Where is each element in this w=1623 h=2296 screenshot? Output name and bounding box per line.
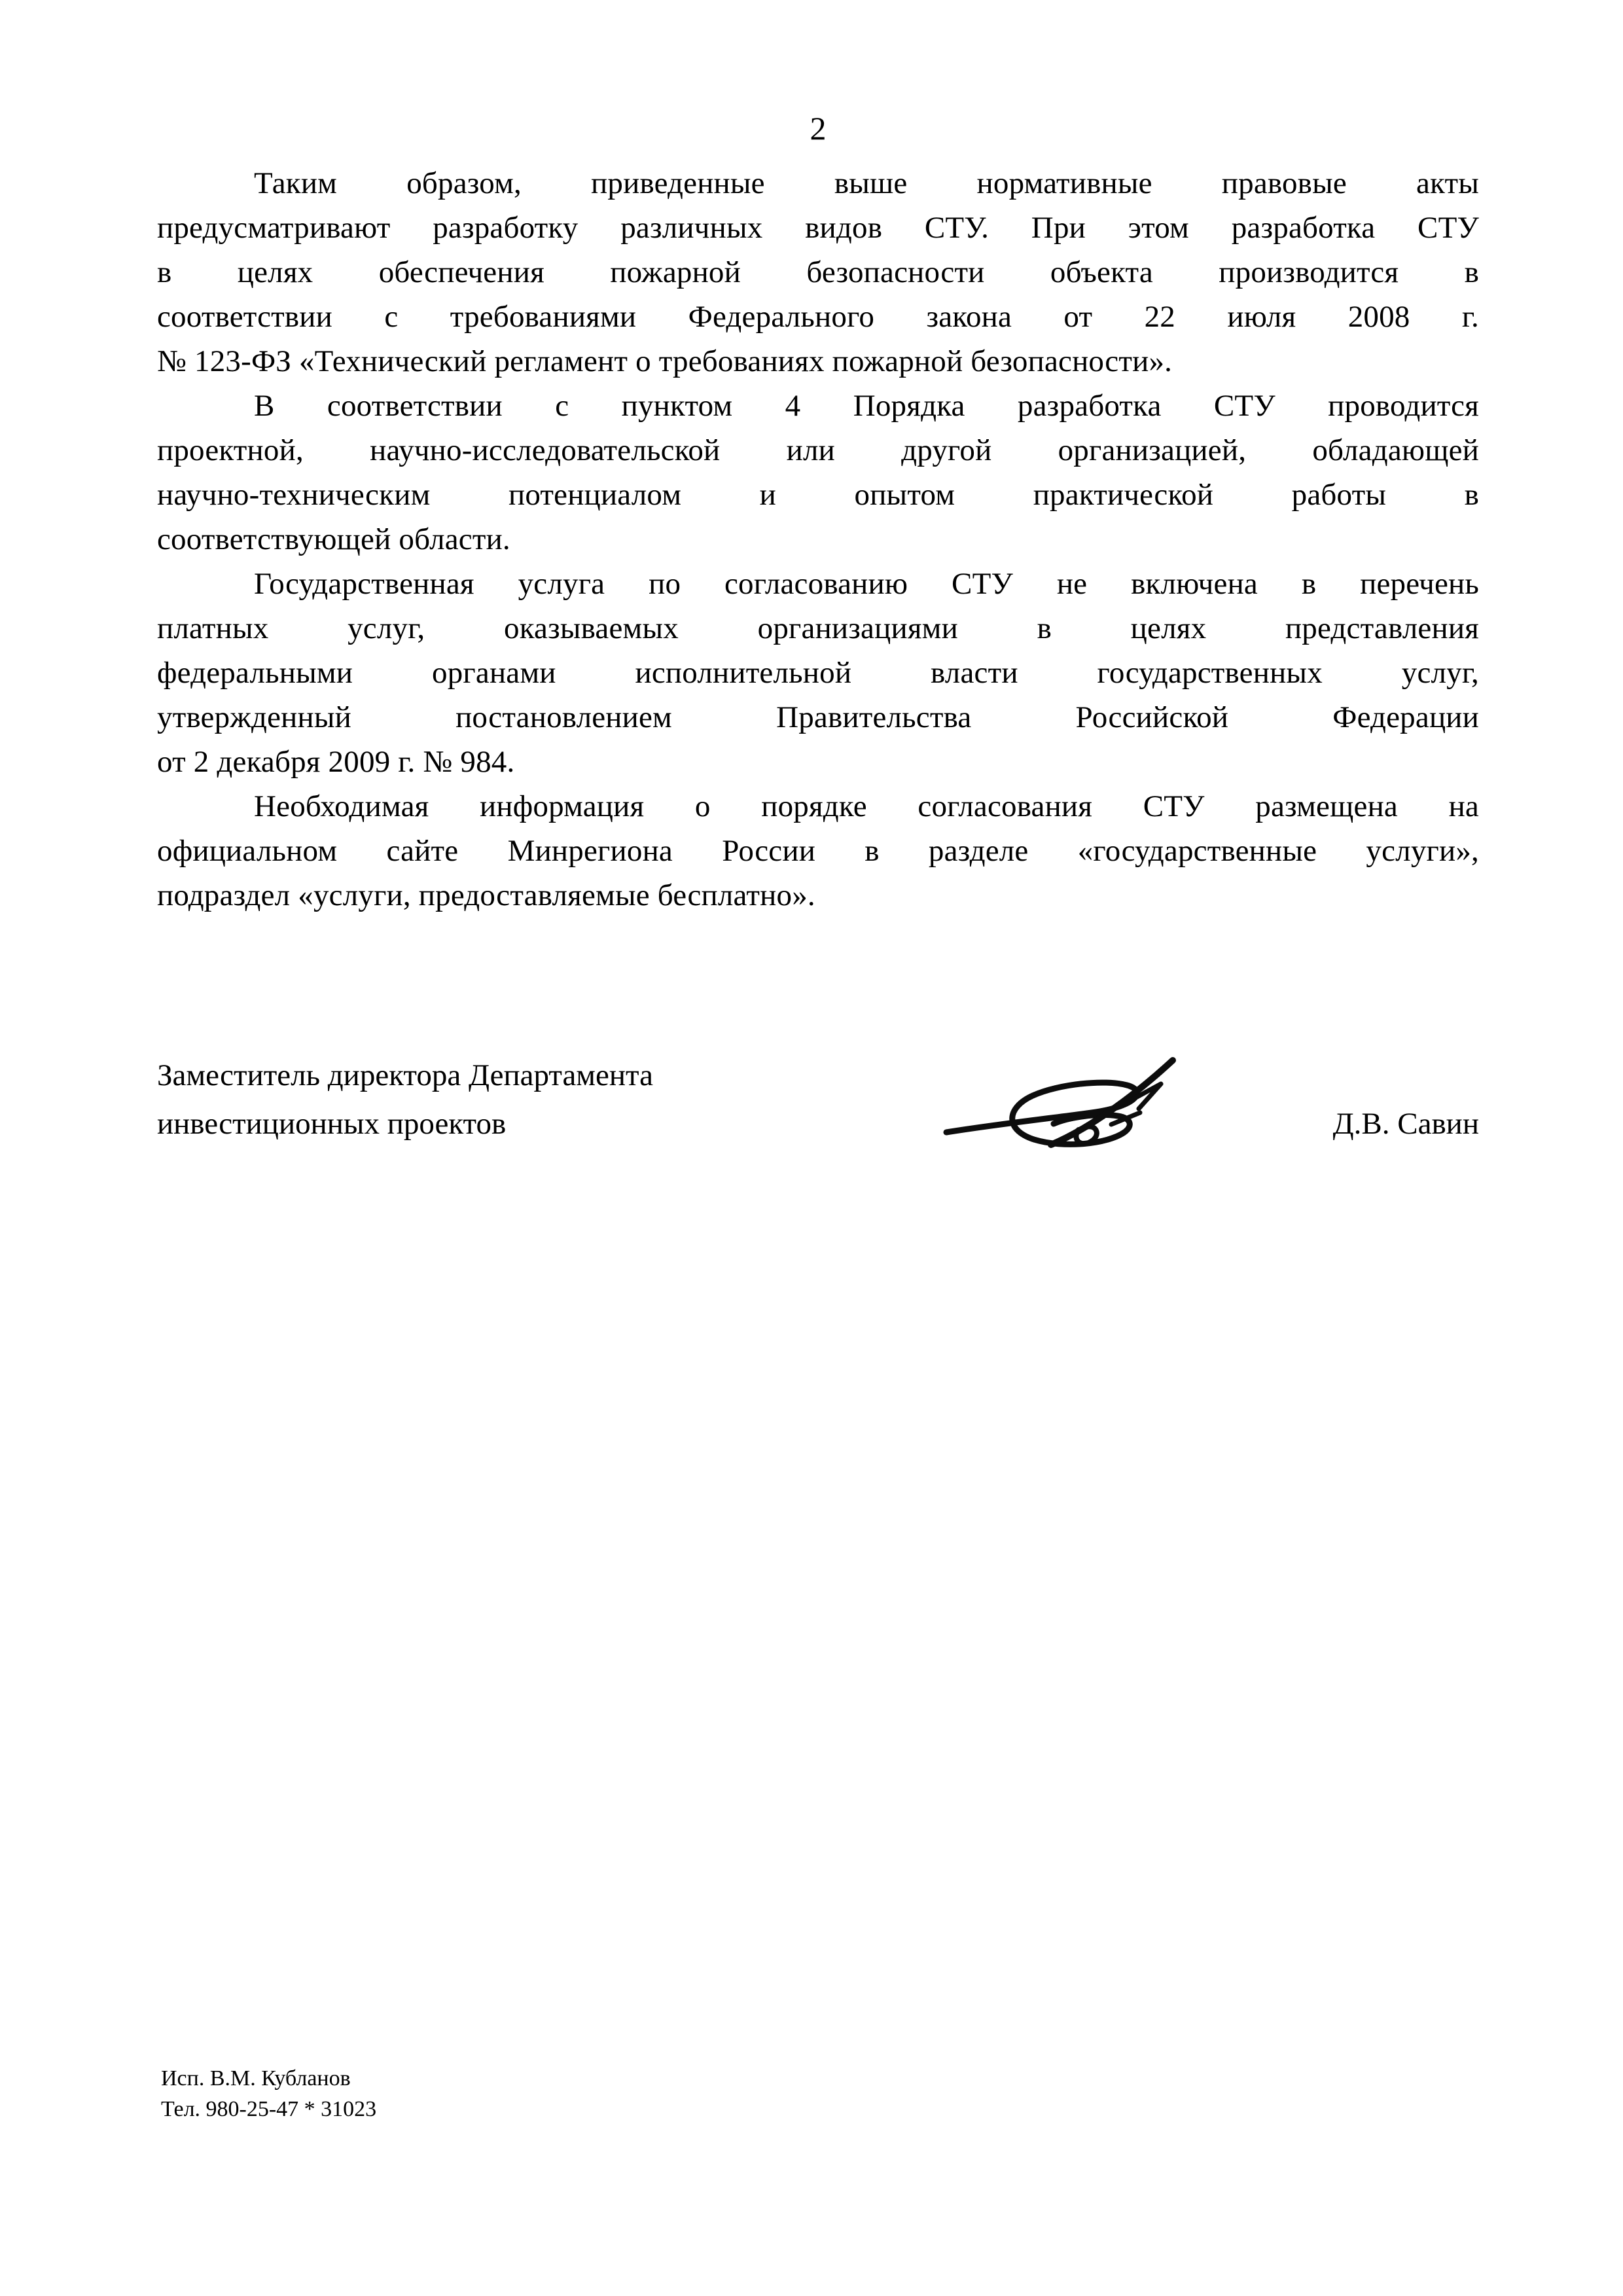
- body-line: № 123-ФЗ «Технический регламент о требов…: [157, 339, 1479, 384]
- body-paragraph: Необходимая информация о порядке согласо…: [157, 784, 1479, 918]
- body-line: в целях обеспечения пожарной безопасност…: [157, 250, 1479, 295]
- body-line: официальном сайте Минрегиона России в ра…: [157, 829, 1479, 873]
- body-line: утвержденный постановлением Правительств…: [157, 695, 1479, 740]
- body-line: Таким образом, приведенные выше норматив…: [157, 161, 1479, 206]
- job-title: Заместитель директора Департамента инвес…: [157, 1051, 1479, 1148]
- body-paragraph: Таким образом, приведенные выше норматив…: [157, 161, 1479, 384]
- body-line: от 2 декабря 2009 г. № 984.: [157, 740, 1479, 784]
- body-line: проектной, научно-исследовательской или …: [157, 428, 1479, 473]
- footer-executor: Исп. В.М. Кубланов: [161, 2063, 376, 2094]
- body-line: платных услуг, оказываемых организациями…: [157, 606, 1479, 651]
- job-title-line-1: Заместитель директора Департамента: [157, 1051, 1479, 1100]
- job-title-line-2: инвестиционных проектов: [157, 1100, 1479, 1148]
- footer: Исп. В.М. Кубланов Тел. 980-25-47 * 3102…: [161, 2063, 376, 2125]
- footer-phone: Тел. 980-25-47 * 31023: [161, 2094, 376, 2125]
- document-page: 2 Таким образом, приведенные выше нормат…: [0, 0, 1623, 2296]
- body-paragraph: В соответствии с пунктом 4 Порядка разра…: [157, 384, 1479, 562]
- body-line: федеральными органами исполнительной вла…: [157, 651, 1479, 695]
- page-number: 2: [157, 110, 1479, 147]
- signature-block: Заместитель директора Департамента инвес…: [157, 1051, 1479, 1182]
- body-line: соответствующей области.: [157, 517, 1479, 562]
- body-paragraph: Государственная услуга по согласованию С…: [157, 562, 1479, 784]
- document-body: Таким образом, приведенные выше норматив…: [157, 161, 1479, 918]
- body-line: предусматривают разработку различных вид…: [157, 206, 1479, 250]
- body-line: В соответствии с пунктом 4 Порядка разра…: [157, 384, 1479, 428]
- body-line: Необходимая информация о порядке согласо…: [157, 784, 1479, 829]
- handwritten-signature-icon: [942, 1052, 1230, 1164]
- body-line: научно-техническим потенциалом и опытом …: [157, 473, 1479, 517]
- body-line: подраздел «услуги, предоставляемые беспл…: [157, 873, 1479, 918]
- signer-name: Д.В. Савин: [1333, 1100, 1479, 1148]
- body-line: соответствии с требованиями Федерального…: [157, 295, 1479, 339]
- body-line: Государственная услуга по согласованию С…: [157, 562, 1479, 606]
